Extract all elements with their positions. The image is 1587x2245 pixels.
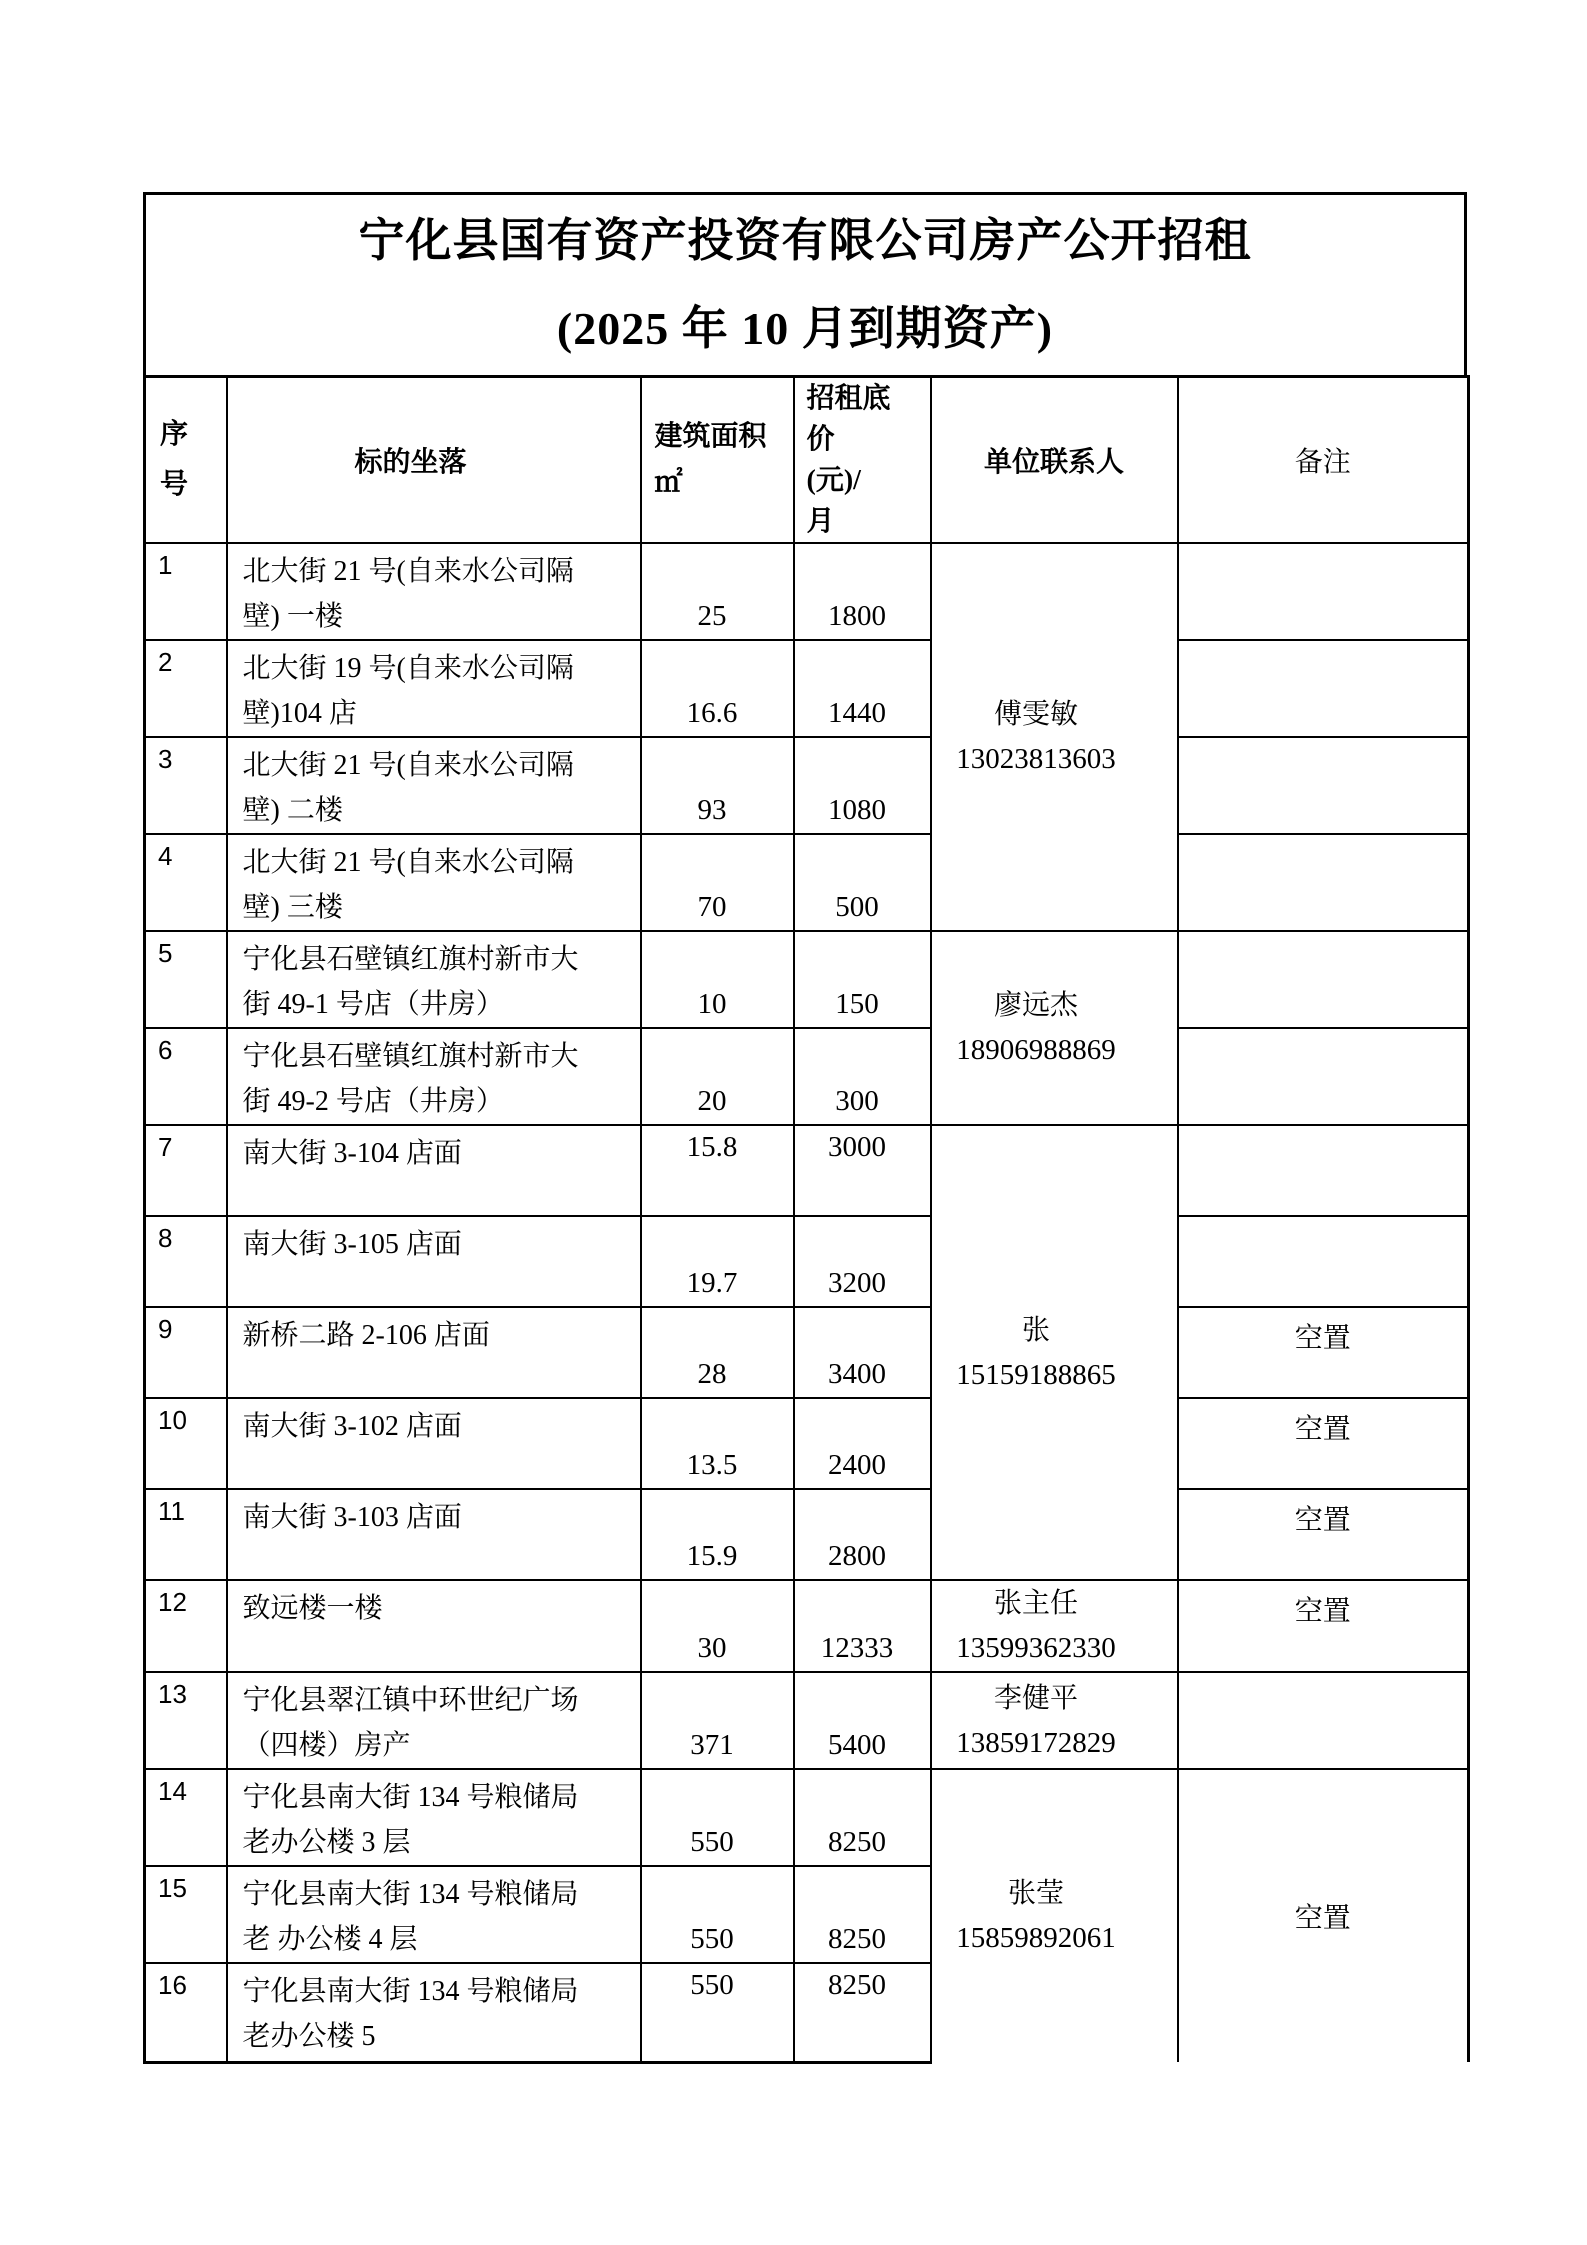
row-area: 93 xyxy=(641,737,794,834)
row-price: 1440 xyxy=(794,640,931,737)
row-location: 南大街 3-102 店面 xyxy=(227,1398,641,1489)
table-header-row: 序 号 标的坐落 建筑面积 ㎡ 招租底 价 (元)/ 月 单位联系人 备注 xyxy=(145,377,1469,544)
document-title-block: 宁化县国有资产投资有限公司房产公开招租 (2025 年 10 月到期资产) xyxy=(143,192,1467,375)
row-price: 8250 xyxy=(794,1866,931,1963)
row-area: 550 xyxy=(641,1866,794,1963)
contact-cell: 张 15159188865 xyxy=(931,1125,1178,1580)
row-area: 15.8 xyxy=(641,1125,794,1216)
remark-cell: 空置 xyxy=(1178,1398,1469,1489)
row-location: 宁化县翠江镇中环世纪广场（四楼）房产 xyxy=(227,1672,641,1769)
table-row: 14 宁化县南大街 134 号粮储局老办公楼 3 层 550 8250 张莹 1… xyxy=(145,1769,1469,1866)
row-area: 25 xyxy=(641,543,794,640)
row-location: 宁化县石壁镇红旗村新市大街 49-2 号店（井房） xyxy=(227,1028,641,1125)
table-row: 9 新桥二路 2-106 店面 28 3400 空置 xyxy=(145,1307,1469,1398)
row-seq: 11 xyxy=(145,1489,227,1580)
row-seq: 3 xyxy=(145,737,227,834)
contact-name: 张莹 xyxy=(932,1871,1141,1916)
remark-cell xyxy=(1178,931,1469,1028)
row-price: 12333 xyxy=(794,1580,931,1672)
row-price: 3200 xyxy=(794,1216,931,1307)
row-location: 南大街 3-104 店面 xyxy=(227,1125,641,1216)
row-location: 宁化县石壁镇红旗村新市大街 49-1 号店（井房） xyxy=(227,931,641,1028)
row-price: 3400 xyxy=(794,1307,931,1398)
table-row: 8 南大街 3-105 店面 19.7 3200 xyxy=(145,1216,1469,1307)
header-remark: 备注 xyxy=(1178,377,1469,544)
contact-name: 傅雯敏 xyxy=(932,692,1141,737)
row-price: 1080 xyxy=(794,737,931,834)
row-area: 10 xyxy=(641,931,794,1028)
contact-phone: 18906988869 xyxy=(932,1028,1141,1073)
remark-cell xyxy=(1178,640,1469,737)
contact-name: 张主任 xyxy=(932,1581,1141,1626)
row-area: 28 xyxy=(641,1307,794,1398)
remark-cell xyxy=(1178,1216,1469,1307)
row-area: 13.5 xyxy=(641,1398,794,1489)
remark-cell: 空置 xyxy=(1178,1769,1469,2062)
remark-cell xyxy=(1178,1125,1469,1216)
row-price: 8250 xyxy=(794,1769,931,1866)
row-seq: 2 xyxy=(145,640,227,737)
row-price: 5400 xyxy=(794,1672,931,1769)
table-row: 3 北大街 21 号(自来水公司隔壁) 二楼 93 1080 xyxy=(145,737,1469,834)
table-row: 7 南大街 3-104 店面 15.8 3000 张 15159188865 xyxy=(145,1125,1469,1216)
row-area: 30 xyxy=(641,1580,794,1672)
row-seq: 13 xyxy=(145,1672,227,1769)
row-price: 1800 xyxy=(794,543,931,640)
row-price: 500 xyxy=(794,834,931,931)
row-seq: 12 xyxy=(145,1580,227,1672)
row-location: 致远楼一楼 xyxy=(227,1580,641,1672)
contact-cell: 张主任 13599362330 xyxy=(931,1580,1178,1672)
row-location: 北大街 21 号(自来水公司隔壁) 二楼 xyxy=(227,737,641,834)
contact-phone: 13859172829 xyxy=(932,1721,1141,1766)
remark-cell xyxy=(1178,543,1469,640)
header-contact: 单位联系人 xyxy=(931,377,1178,544)
row-location: 南大街 3-105 店面 xyxy=(227,1216,641,1307)
row-price: 8250 xyxy=(794,1963,931,2062)
document-page: 宁化县国有资产投资有限公司房产公开招租 (2025 年 10 月到期资产) 序 … xyxy=(0,0,1587,2245)
row-location: 北大街 21 号(自来水公司隔壁) 三楼 xyxy=(227,834,641,931)
contact-cell: 李健平 13859172829 xyxy=(931,1672,1178,1769)
row-area: 15.9 xyxy=(641,1489,794,1580)
row-location: 北大街 21 号(自来水公司隔壁) 一楼 xyxy=(227,543,641,640)
contact-cell: 张莹 15859892061 xyxy=(931,1769,1178,2062)
contact-name: 李健平 xyxy=(932,1676,1141,1721)
row-seq: 5 xyxy=(145,931,227,1028)
remark-cell: 空置 xyxy=(1178,1580,1469,1672)
contact-name: 廖远杰 xyxy=(932,983,1141,1028)
contact-cell: 廖远杰 18906988869 xyxy=(931,931,1178,1125)
document-title-line1: 宁化县国有资产投资有限公司房产公开招租 xyxy=(359,197,1252,285)
table-row: 2 北大街 19 号(自来水公司隔壁)104 店 16.6 1440 xyxy=(145,640,1469,737)
table-row: 4 北大街 21 号(自来水公司隔壁) 三楼 70 500 xyxy=(145,834,1469,931)
row-area: 16.6 xyxy=(641,640,794,737)
row-area: 371 xyxy=(641,1672,794,1769)
row-area: 550 xyxy=(641,1769,794,1866)
row-seq: 1 xyxy=(145,543,227,640)
header-price: 招租底 价 (元)/ 月 xyxy=(794,377,931,544)
row-area: 70 xyxy=(641,834,794,931)
row-area: 19.7 xyxy=(641,1216,794,1307)
row-price: 300 xyxy=(794,1028,931,1125)
contact-phone: 13023813603 xyxy=(932,737,1141,782)
row-location: 新桥二路 2-106 店面 xyxy=(227,1307,641,1398)
table-row: 10 南大街 3-102 店面 13.5 2400 空置 xyxy=(145,1398,1469,1489)
header-location: 标的坐落 xyxy=(227,377,641,544)
table-row: 1 北大街 21 号(自来水公司隔壁) 一楼 25 1800 傅雯敏 13023… xyxy=(145,543,1469,640)
row-area: 550 xyxy=(641,1963,794,2062)
remark-cell xyxy=(1178,1028,1469,1125)
document-title-line2: (2025 年 10 月到期资产) xyxy=(557,285,1053,373)
row-seq: 9 xyxy=(145,1307,227,1398)
remark-cell xyxy=(1178,737,1469,834)
row-location: 北大街 19 号(自来水公司隔壁)104 店 xyxy=(227,640,641,737)
header-seq: 序 号 xyxy=(145,377,227,544)
row-seq: 15 xyxy=(145,1866,227,1963)
rental-notice-document: 宁化县国有资产投资有限公司房产公开招租 (2025 年 10 月到期资产) 序 … xyxy=(143,192,1467,2064)
row-seq: 10 xyxy=(145,1398,227,1489)
table-row: 6 宁化县石壁镇红旗村新市大街 49-2 号店（井房） 20 300 xyxy=(145,1028,1469,1125)
contact-phone: 15159188865 xyxy=(932,1353,1141,1398)
header-area: 建筑面积 ㎡ xyxy=(641,377,794,544)
row-area: 20 xyxy=(641,1028,794,1125)
remark-cell: 空置 xyxy=(1178,1307,1469,1398)
table-row: 5 宁化县石壁镇红旗村新市大街 49-1 号店（井房） 10 150 廖远杰 1… xyxy=(145,931,1469,1028)
row-location: 宁化县南大街 134 号粮储局老办公楼 3 层 xyxy=(227,1769,641,1866)
contact-cell: 傅雯敏 13023813603 xyxy=(931,543,1178,931)
contact-phone: 15859892061 xyxy=(932,1916,1141,1961)
table-row: 12 致远楼一楼 30 12333 张主任 13599362330 空置 xyxy=(145,1580,1469,1672)
row-seq: 4 xyxy=(145,834,227,931)
row-location: 南大街 3-103 店面 xyxy=(227,1489,641,1580)
row-location: 宁化县南大街 134 号粮储局老办公楼 5 xyxy=(227,1963,641,2062)
row-seq: 16 xyxy=(145,1963,227,2062)
remark-cell xyxy=(1178,834,1469,931)
row-location: 宁化县南大街 134 号粮储局老 办公楼 4 层 xyxy=(227,1866,641,1963)
row-seq: 7 xyxy=(145,1125,227,1216)
row-seq: 8 xyxy=(145,1216,227,1307)
remark-cell: 空置 xyxy=(1178,1489,1469,1580)
contact-name: 张 xyxy=(932,1308,1141,1353)
row-price: 3000 xyxy=(794,1125,931,1216)
contact-phone: 13599362330 xyxy=(932,1626,1141,1671)
row-seq: 14 xyxy=(145,1769,227,1866)
rental-assets-table: 序 号 标的坐落 建筑面积 ㎡ 招租底 价 (元)/ 月 单位联系人 备注 1 … xyxy=(143,375,1470,2064)
row-price: 150 xyxy=(794,931,931,1028)
remark-cell xyxy=(1178,1672,1469,1769)
row-seq: 6 xyxy=(145,1028,227,1125)
row-price: 2800 xyxy=(794,1489,931,1580)
table-row: 11 南大街 3-103 店面 15.9 2800 空置 xyxy=(145,1489,1469,1580)
table-row: 13 宁化县翠江镇中环世纪广场（四楼）房产 371 5400 李健平 13859… xyxy=(145,1672,1469,1769)
row-price: 2400 xyxy=(794,1398,931,1489)
